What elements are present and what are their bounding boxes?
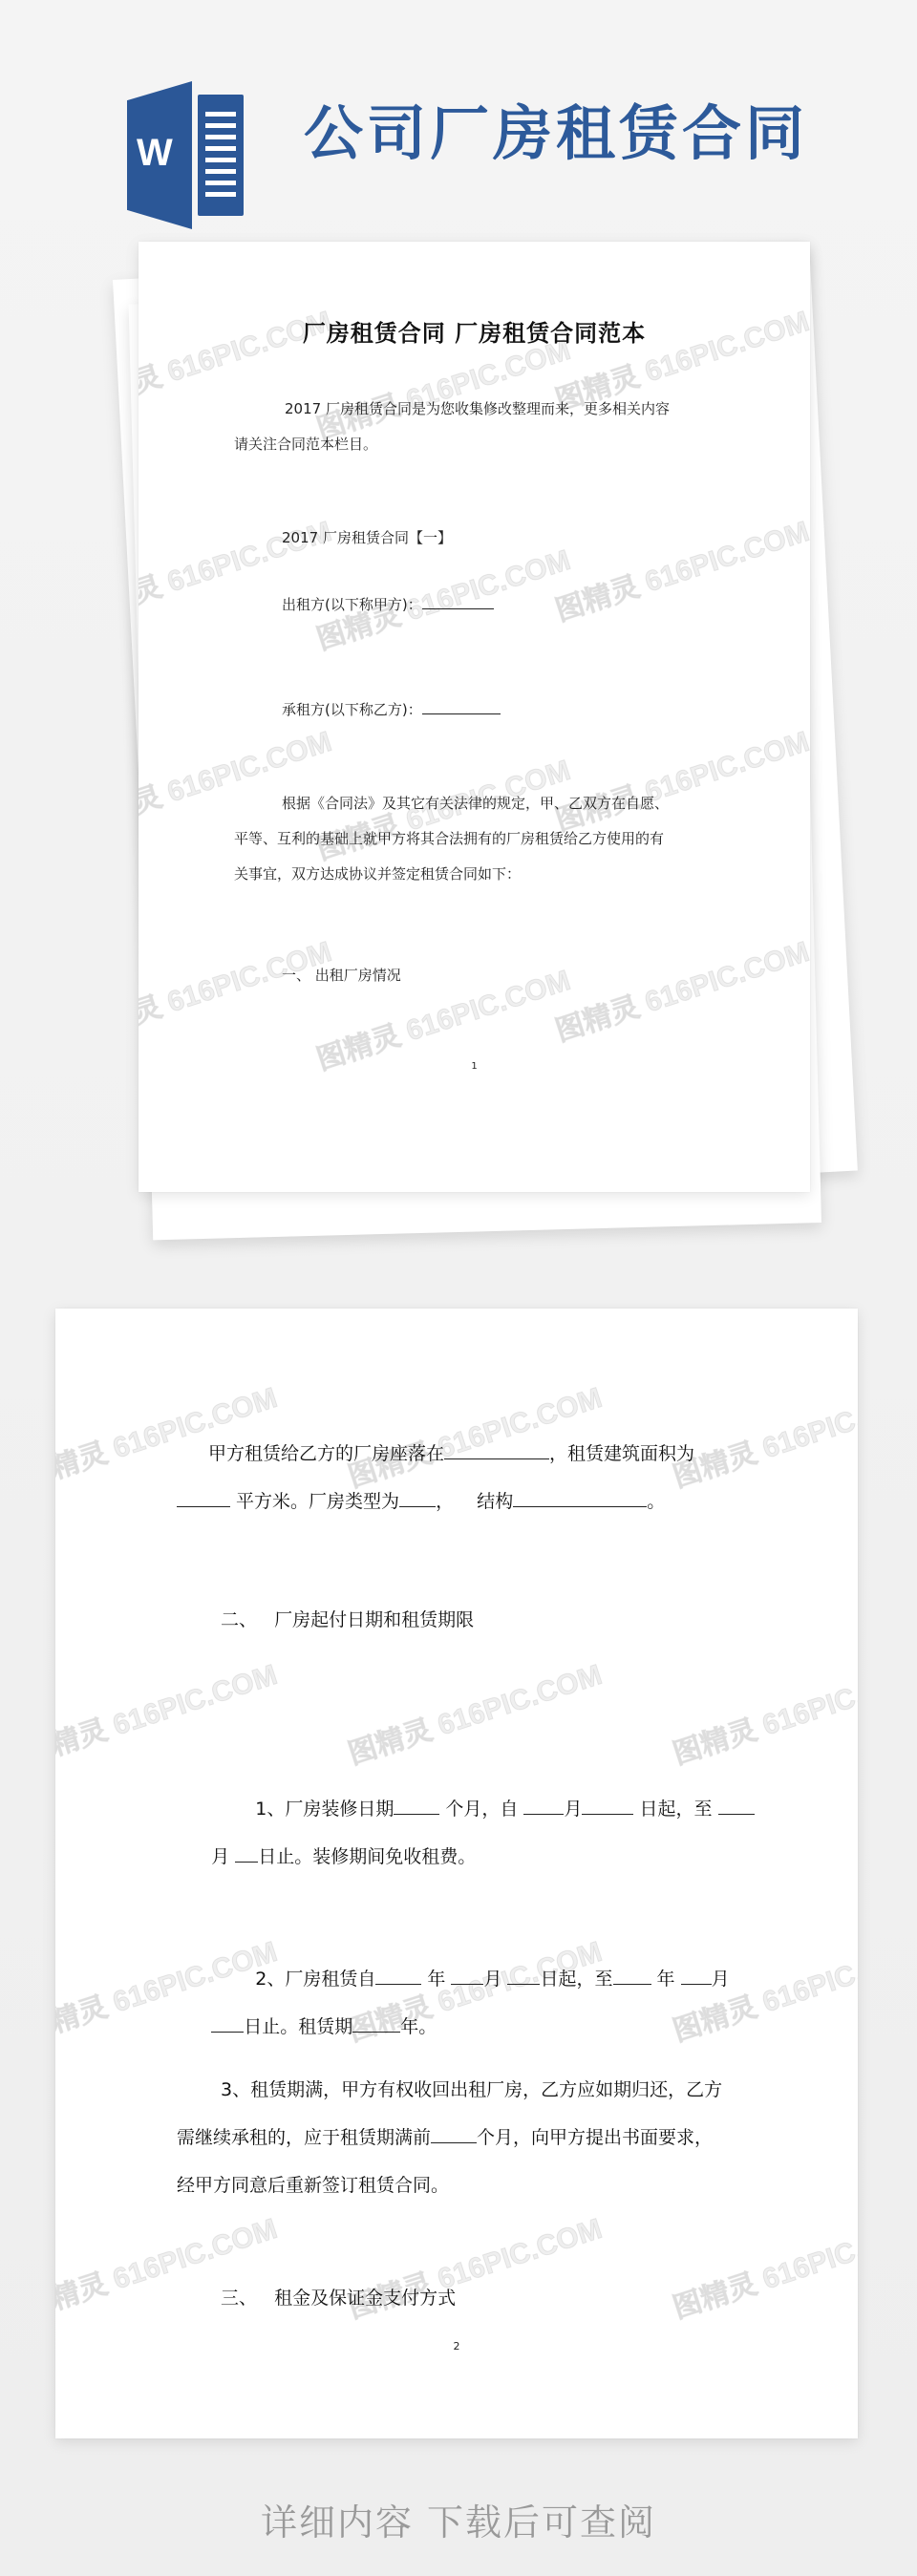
renovation-start-day-blank[interactable] — [582, 1799, 633, 1815]
type-blank[interactable] — [399, 1492, 436, 1507]
renewal-notice-months-blank[interactable] — [431, 2128, 477, 2143]
lease-start-day-blank[interactable] — [507, 1969, 540, 1985]
item-3-line-2: 需继续承租的，应于租赁期满前个月，向甲方提出书面要求， — [177, 2111, 713, 2164]
text-segment: 月 — [211, 1846, 235, 1867]
lessee-field: 承租方(以下称乙方)： — [282, 691, 501, 729]
text-segment: 日止。装修期间免收租费。 — [258, 1846, 476, 1867]
text-segment: ， 结构 — [436, 1491, 513, 1512]
text-segment: 平方米。厂房类型为 — [236, 1491, 399, 1512]
lessor-field: 出租方(以下称甲方)： — [282, 585, 494, 624]
lessee-blank[interactable] — [422, 699, 501, 714]
renovation-end-month-blank[interactable] — [718, 1799, 755, 1815]
download-prompt: 详细内容 下载后可查阅 — [0, 2493, 917, 2545]
item-3-line-1: 3、租赁期满，甲方有权收回出租厂房，乙方应如期归还，乙方 — [221, 2063, 722, 2117]
lease-end-month-blank[interactable] — [681, 1969, 712, 1985]
lease-end-day-blank[interactable] — [211, 2017, 244, 2033]
section-3-heading: 三、 租金及保证金支付方式 — [221, 2271, 456, 2325]
canvas: W 公司厂房租赁合同 图精灵 616PIC.COM 图精灵 616PIC.COM… — [0, 0, 917, 2576]
watermark: 图精灵 616PIC.COM — [667, 1373, 858, 1495]
watermark: 图精灵 616PIC.COM — [549, 507, 810, 628]
lessor-blank[interactable] — [422, 594, 494, 609]
intro-line-1: 2017 厂房租赁合同是为您收集修改整理而来，更多相关内容 — [285, 390, 670, 428]
section-1-heading: 一、 出租厂房情况 — [282, 956, 401, 994]
document-page-2: 图精灵 616PIC.COM 图精灵 616PIC.COM 图精灵 616PIC… — [55, 1309, 858, 2438]
text-segment: 个月，向甲方提出书面要求， — [477, 2127, 713, 2148]
preamble-line-3: 关事宜，双方达成协议并签定租赁合同如下： — [234, 855, 521, 893]
text-segment: 年。 — [400, 2016, 437, 2037]
renovation-start-month-blank[interactable] — [523, 1799, 564, 1815]
text-segment: 年 — [651, 1969, 681, 1990]
preamble-line-2: 平等、互利的基础上就甲方将其合法拥有的厂房租赁给乙方使用的有 — [234, 820, 664, 858]
text-segment: 月 — [712, 1969, 730, 1990]
section-2-heading: 二、 厂房起付日期和租赁期限 — [221, 1593, 474, 1647]
preamble-line-1: 根据《合同法》及其它有关法律的规定，甲、乙双方在自愿、 — [282, 784, 669, 822]
page-number: 1 — [139, 1061, 810, 1072]
watermark: 图精灵 616PIC.COM — [667, 2204, 858, 2326]
intro-line-2: 请关注合同范本栏目。 — [234, 425, 377, 463]
watermark: 图精灵 616PIC.COM — [549, 927, 810, 1049]
renovation-end-day-blank[interactable] — [235, 1847, 258, 1863]
page-number: 2 — [55, 2340, 858, 2352]
lease-end-year-blank[interactable] — [613, 1969, 651, 1985]
document-page-1: 图精灵 616PIC.COM 图精灵 616PIC.COM 图精灵 616PIC… — [139, 242, 810, 1192]
area-blank[interactable] — [177, 1492, 230, 1507]
header: W 公司厂房租赁合同 — [0, 0, 917, 220]
structure-blank[interactable] — [513, 1492, 647, 1507]
word-icon-lines — [198, 95, 244, 216]
item-3-line-3: 经甲方同意后重新签订租赁合同。 — [177, 2159, 449, 2212]
text-segment: 月 — [564, 1799, 582, 1820]
word-icon-letter: W — [137, 134, 173, 172]
location-line-2: 平方米。厂房类型为， 结构。 — [177, 1475, 665, 1528]
text-segment: 日起，至 — [540, 1969, 612, 1990]
location-blank[interactable] — [444, 1444, 549, 1459]
text-segment: 甲方租赁给乙方的厂房座落在 — [208, 1443, 444, 1464]
text-segment: 日起，至 — [633, 1799, 717, 1820]
text-segment: 需继续承租的，应于租赁期满前 — [177, 2127, 431, 2148]
text-segment: 。 — [647, 1491, 665, 1512]
lessee-label: 承租方(以下称乙方)： — [282, 701, 422, 718]
location-line-1: 甲方租赁给乙方的厂房座落在，租赁建筑面积为 — [208, 1427, 694, 1480]
text-segment: 月 — [483, 1969, 507, 1990]
header-title: 公司厂房租赁合同 — [304, 96, 808, 172]
lease-start-month-blank[interactable] — [451, 1969, 483, 1985]
word-icon-cover: W — [127, 81, 192, 229]
contract-subtitle: 2017 厂房租赁合同【一】 — [282, 519, 452, 557]
text-segment: 日止。租赁期 — [244, 2016, 352, 2037]
lease-term-blank[interactable] — [352, 2017, 400, 2033]
word-document-icon: W — [127, 81, 244, 229]
text-segment: ，租赁建筑面积为 — [549, 1443, 694, 1464]
document-title: 厂房租赁合同 厂房租赁合同范本 — [139, 314, 810, 348]
lessor-label: 出租方(以下称甲方)： — [282, 596, 422, 613]
